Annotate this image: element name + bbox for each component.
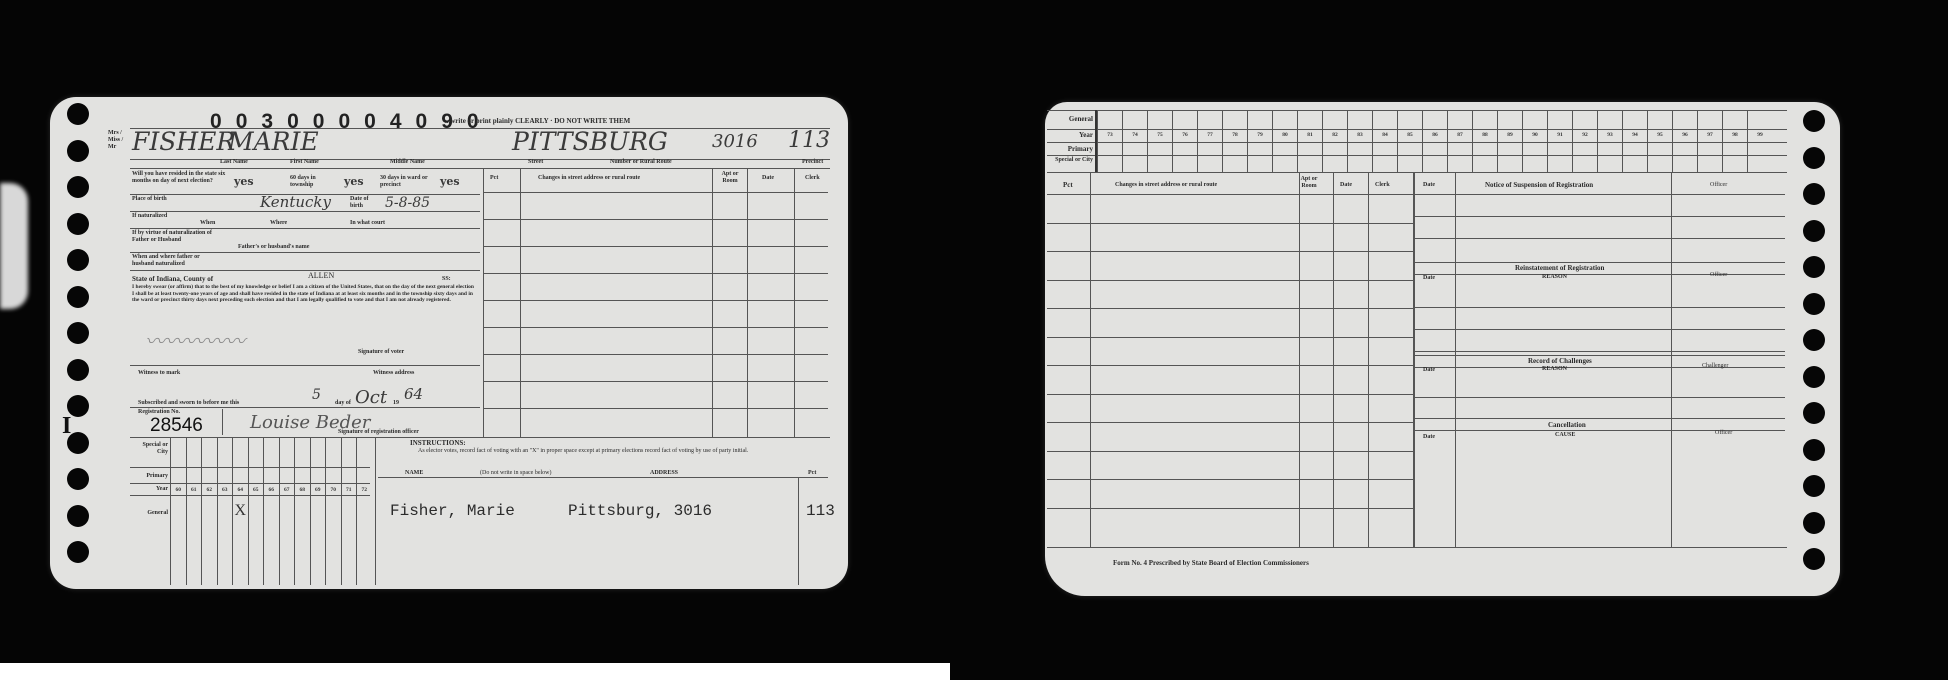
year-label: 91: [1548, 132, 1572, 138]
row-primary: Primary: [132, 473, 168, 480]
county-value: ALLEN: [308, 272, 334, 279]
typed-address: Pittsburg, 3016: [568, 502, 712, 520]
label-by-virtue: If by virtue of naturalization of Father…: [132, 230, 212, 244]
label-when: When: [200, 220, 215, 227]
vote-column-77: 77: [1197, 110, 1222, 172]
year-label: 83: [1348, 132, 1372, 138]
punch-hole: [67, 213, 89, 235]
punch-hole: [67, 468, 89, 490]
punch-hole: [67, 286, 89, 308]
punch-hole: [1803, 293, 1825, 315]
punch-hole: [1803, 147, 1825, 169]
vote-column-81: 81: [1297, 110, 1322, 172]
label-resided: Will you have resided in the state six m…: [132, 171, 232, 185]
vote-column-90: 90: [1522, 110, 1547, 172]
reinstatement-date: Date: [1423, 275, 1435, 282]
cancellation-officer: Officer: [1715, 430, 1732, 437]
label-date-of-birth: Date of birth: [350, 196, 380, 210]
year-label: 65: [249, 487, 264, 493]
answer-60-days: yes: [344, 175, 364, 188]
challenges-officer: Challenger: [1702, 363, 1728, 370]
table-row-line: [1047, 280, 1415, 281]
table-row-line: [1047, 308, 1415, 309]
year-label: 86: [1423, 132, 1447, 138]
year-label: 95: [1648, 132, 1672, 138]
row-year: Year: [132, 486, 168, 493]
label-number: Number or Rural Route: [610, 159, 672, 166]
year-label: 62: [202, 487, 217, 493]
vote-column-86: 86: [1422, 110, 1447, 172]
registration-card-back: General Year Primary Special or City 737…: [1045, 102, 1840, 596]
challenges-date: Date: [1423, 367, 1435, 374]
label-address: ADDRESS: [650, 470, 678, 477]
table-row-line: [1415, 307, 1785, 308]
year-label: 94: [1623, 132, 1647, 138]
vote-column-69: 69: [310, 437, 326, 585]
challenges-reason: REASON: [1542, 366, 1567, 373]
year-label: 97: [1698, 132, 1722, 138]
label-court: In what court: [350, 220, 385, 227]
punch-hole: [1803, 548, 1825, 570]
year-label: 88: [1473, 132, 1497, 138]
col-changes: Changes in street address or rural route: [538, 175, 640, 182]
sworn-year-value: 64: [404, 385, 423, 403]
col-clerk: Clerk: [1375, 182, 1390, 189]
year-label: 61: [187, 487, 202, 493]
typed-pct: 113: [806, 502, 835, 520]
year-label: 98: [1723, 132, 1747, 138]
vote-column-99: 99: [1747, 110, 1772, 172]
label-day-of: day of: [335, 400, 351, 407]
vote-column-83: 83: [1347, 110, 1372, 172]
row-primary: Primary: [1049, 146, 1093, 153]
punch-hole: [1803, 366, 1825, 388]
suspension-date: Date: [1423, 182, 1435, 189]
table-row-line: [1047, 394, 1415, 395]
table-row-line: [483, 300, 828, 301]
row-general: General: [1049, 116, 1093, 123]
header-instruction: ...write or print plainly CLEARLY · DO N…: [445, 118, 630, 125]
table-row-line: [1047, 365, 1415, 366]
voter-signature: 〰〰〰〰〰: [145, 325, 245, 354]
label-subscribed: Subscribed and sworn to before me this: [138, 400, 239, 407]
vote-column-65: 65: [248, 437, 264, 585]
vote-column-97: 97: [1697, 110, 1722, 172]
vote-column-88: 88: [1472, 110, 1497, 172]
table-row-line: [483, 219, 828, 220]
reinstatement-officer: Officer: [1710, 272, 1727, 279]
table-row-line: [1415, 355, 1785, 356]
year-label: 82: [1323, 132, 1347, 138]
punch-digit: 0: [338, 110, 364, 133]
year-label: 66: [264, 487, 279, 493]
year-label: 60: [171, 487, 186, 493]
punch-hole: [1803, 256, 1825, 278]
year-label: 93: [1598, 132, 1622, 138]
punch-digit: 4: [390, 110, 416, 133]
answer-30-days: yes: [440, 175, 460, 188]
col-clerk: Clerk: [805, 175, 820, 182]
label-60-days: 60 days in township: [290, 175, 340, 189]
table-row-line: [1047, 194, 1415, 195]
year-label: 74: [1123, 132, 1147, 138]
punch-hole: [67, 140, 89, 162]
cancellation-title: Cancellation: [1548, 422, 1586, 429]
label-oath-state: State of Indiana, County of: [132, 276, 213, 283]
row-general: General: [132, 510, 168, 517]
suspension-officer: Officer: [1710, 182, 1727, 189]
table-row-line: [1047, 422, 1415, 423]
precinct-value: 113: [788, 128, 830, 153]
punch-hole: [67, 322, 89, 344]
birthplace-value: Kentucky: [260, 193, 331, 211]
punch-hole: [1803, 402, 1825, 424]
punch-hole: [1803, 220, 1825, 242]
vote-column-67: 67: [279, 437, 295, 585]
reinstatement-title: Reinstatement of Registration: [1515, 265, 1604, 272]
vote-column-75: 75: [1147, 110, 1172, 172]
salutation: Mrs / Miss / Mr: [108, 130, 124, 151]
vote-column-71: 71: [341, 437, 357, 585]
birthdate-value: 5-8-85: [385, 195, 430, 211]
table-row-line: [483, 273, 828, 274]
year-label: 85: [1398, 132, 1422, 138]
label-naturalized: If naturalized: [132, 213, 167, 220]
oath-text: I hereby swear (or affirm) that to the b…: [132, 284, 477, 304]
vote-column-79: 79: [1247, 110, 1272, 172]
col-apt: Apt or Room: [716, 171, 744, 185]
vote-column-91: 91: [1547, 110, 1572, 172]
vote-column-72: 72: [356, 437, 372, 585]
registration-number: 28546: [150, 415, 203, 437]
punch-digit: 0: [364, 110, 390, 133]
vote-column-63: 63: [217, 437, 233, 585]
vote-column-89: 89: [1497, 110, 1522, 172]
label-signature-officer: Signature of registration officer: [338, 429, 419, 436]
number-value: 3016: [712, 131, 758, 152]
vote-column-84: 84: [1372, 110, 1397, 172]
white-strip: [0, 663, 950, 680]
label-30-days: 30 days in ward or precinct: [380, 175, 440, 189]
series-mark: I: [62, 413, 71, 440]
label-year-prefix: 19: [393, 400, 399, 407]
year-label: 99: [1748, 132, 1772, 138]
typed-name: Fisher, Marie: [390, 502, 515, 520]
vote-column-87: 87: [1447, 110, 1472, 172]
vote-column-74: 74: [1122, 110, 1147, 172]
table-row-line: [1415, 367, 1785, 368]
year-label: 67: [280, 487, 295, 493]
registration-card-front: 00300004090 ...write or print plainly CL…: [50, 97, 848, 589]
label-pct: Pct: [808, 470, 816, 477]
year-label: 87: [1448, 132, 1472, 138]
label-precinct: Precinct: [802, 159, 823, 166]
punch-hole: [1803, 475, 1825, 497]
year-label: 92: [1573, 132, 1597, 138]
table-row-line: [483, 192, 828, 193]
label-middle-name: Middle Name: [390, 159, 425, 166]
label-signature-voter: Signature of voter: [358, 349, 404, 356]
year-label: 80: [1273, 132, 1297, 138]
table-row-line: [483, 327, 828, 328]
col-date: Date: [762, 175, 774, 182]
label-name: NAME: [405, 470, 423, 477]
punch-hole: [1803, 512, 1825, 534]
year-label: 96: [1673, 132, 1697, 138]
vote-column-93: 93: [1597, 110, 1622, 172]
sworn-month-value: Oct: [355, 387, 387, 408]
year-label: 81: [1298, 132, 1322, 138]
reinstatement-reason: REASON: [1542, 274, 1567, 281]
table-row-line: [1047, 337, 1415, 338]
year-label: 75: [1148, 132, 1172, 138]
form-footer: Form No. 4 Prescribed by State Board of …: [1113, 560, 1309, 567]
col-changes: Changes in street address or rural route: [1115, 182, 1217, 189]
label-place-of-birth: Place of birth: [132, 196, 172, 203]
vote-column-80: 80: [1272, 110, 1297, 172]
vote-column-73: 73: [1097, 110, 1122, 172]
answer-resided: yes: [234, 175, 254, 188]
label-ss: SS:: [442, 276, 451, 283]
punch-digit: 0: [416, 110, 442, 133]
year-label: 90: [1523, 132, 1547, 138]
sworn-day-value: 5: [312, 387, 321, 403]
vote-column-70: 70: [325, 437, 341, 585]
label-witness-address: Witness address: [373, 370, 414, 377]
vote-column-64: 64X: [232, 437, 248, 585]
label-note: (Do not write in space below): [480, 470, 551, 477]
label-where: Where: [270, 220, 287, 227]
vote-column-95: 95: [1647, 110, 1672, 172]
vote-column-78: 78: [1222, 110, 1247, 172]
first-name-value: MARIE: [228, 127, 319, 156]
punch-hole: [67, 541, 89, 563]
year-label: 63: [218, 487, 233, 493]
year-label: 72: [357, 487, 372, 493]
table-row-line: [1047, 223, 1415, 224]
table-row-line: [483, 246, 828, 247]
table-row-line: [1415, 238, 1785, 239]
label-first-name: First Name: [290, 159, 319, 166]
table-row-line: [1047, 508, 1415, 509]
scan-artifact: [0, 183, 28, 309]
vote-mark: X: [233, 502, 248, 520]
vote-column-60: 60: [170, 437, 186, 585]
year-label: 84: [1373, 132, 1397, 138]
table-row-line: [1415, 397, 1785, 398]
label-street: Street: [528, 159, 543, 166]
challenges-title: Record of Challenges: [1528, 358, 1592, 365]
row-special: Special or City: [132, 442, 168, 456]
table-row-line: [483, 408, 828, 409]
year-label: 70: [326, 487, 341, 493]
table-row-line: [1415, 194, 1785, 195]
year-label: 68: [295, 487, 310, 493]
table-row-line: [1047, 451, 1415, 452]
vote-column-94: 94: [1622, 110, 1647, 172]
table-row-line: [1415, 274, 1785, 275]
label-last-name: Last Name: [220, 159, 248, 166]
label-father-name: Father's or husband's name: [238, 244, 309, 251]
vote-column-66: 66: [263, 437, 279, 585]
table-row-line: [1047, 251, 1415, 252]
punch-hole: [1803, 439, 1825, 461]
punch-hole: [1803, 329, 1825, 351]
year-label: 89: [1498, 132, 1522, 138]
punch-hole: [67, 176, 89, 198]
col-date: Date: [1340, 182, 1352, 189]
col-pct: Pct: [490, 175, 498, 182]
vote-column-62: 62: [201, 437, 217, 585]
vote-column-76: 76: [1172, 110, 1197, 172]
suspension-title: Notice of Suspension of Registration: [1485, 182, 1593, 189]
table-row-line: [1415, 418, 1785, 419]
cancellation-date: Date: [1423, 434, 1435, 441]
punch-hole: [67, 249, 89, 271]
vote-column-82: 82: [1322, 110, 1347, 172]
vote-column-61: 61: [186, 437, 202, 585]
vote-column-68: 68: [294, 437, 310, 585]
punch-hole: [1803, 110, 1825, 132]
table-row-line: [1415, 216, 1785, 217]
year-label: 69: [311, 487, 326, 493]
table-row-line: [1415, 329, 1785, 330]
year-label: 73: [1098, 132, 1122, 138]
year-label: 71: [342, 487, 357, 493]
cancellation-reason: CAUSE: [1555, 432, 1575, 439]
last-name-value: FISHER: [132, 127, 235, 156]
year-label: 78: [1223, 132, 1247, 138]
table-row-line: [1415, 262, 1785, 263]
col-pct: Pct: [1063, 182, 1073, 189]
street-value: PITTSBURG: [512, 127, 668, 156]
row-special: Special or City: [1049, 157, 1093, 164]
vote-column-85: 85: [1397, 110, 1422, 172]
label-witness-mark: Witness to mark: [138, 370, 180, 377]
punch-hole: [1803, 183, 1825, 205]
punch-hole: [67, 103, 89, 125]
table-row-line: [1415, 351, 1785, 352]
punch-hole: [67, 359, 89, 381]
year-label: 64: [233, 487, 248, 493]
table-row-line: [1047, 479, 1415, 480]
table-row-line: [483, 381, 828, 382]
vote-column-98: 98: [1722, 110, 1747, 172]
label-father-when: When and where father or husband natural…: [132, 254, 222, 268]
year-label: 76: [1173, 132, 1197, 138]
table-row-line: [483, 354, 828, 355]
vote-column-92: 92: [1572, 110, 1597, 172]
instructions-text: As elector votes, record fact of voting …: [418, 448, 818, 455]
year-label: 79: [1248, 132, 1272, 138]
row-year: Year: [1049, 132, 1093, 139]
vote-column-96: 96: [1672, 110, 1697, 172]
instructions-title: INSTRUCTIONS:: [410, 440, 466, 447]
year-label: 77: [1198, 132, 1222, 138]
punch-hole: [67, 505, 89, 527]
